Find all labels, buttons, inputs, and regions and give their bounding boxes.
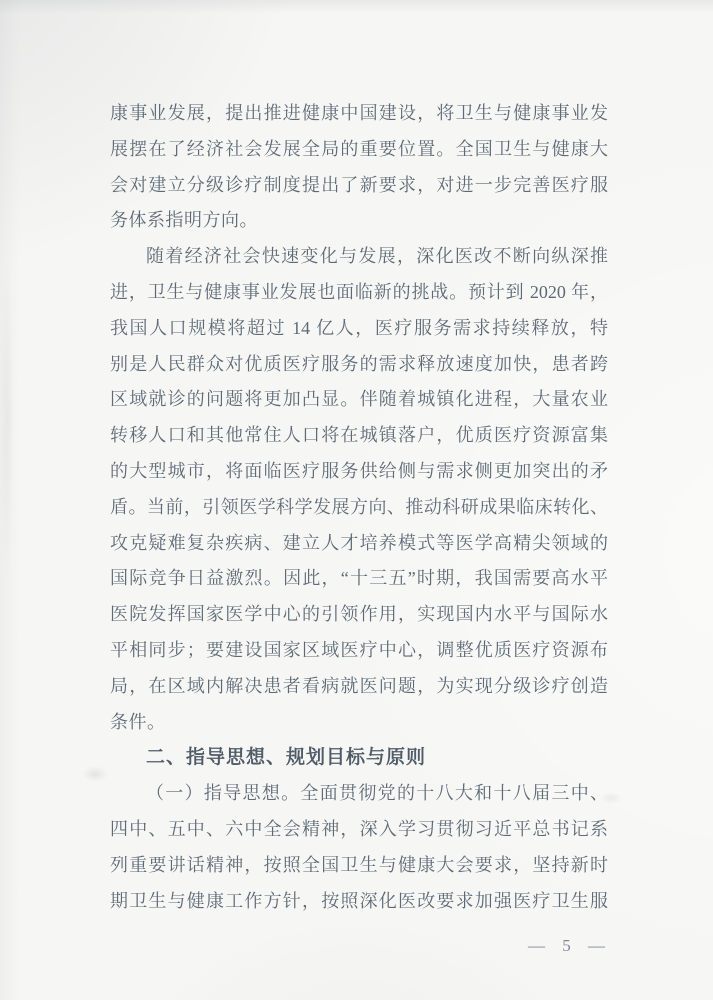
- paragraph: 康事业发展，提出推进健康中国建设，将卫生与健康事业发展摆在了经济社会发展全局的重…: [110, 96, 608, 239]
- text-line: 的大型城市，将面临医疗服务供给侧与需求侧更加突出的矛: [110, 454, 608, 490]
- text-line: 平相同步；要建设国家区域医疗中心，调整优质医疗资源布: [110, 633, 608, 669]
- text-line: 随着经济社会快速变化与发展，深化医改不断向纵深推: [110, 239, 608, 275]
- text-line: （一）指导思想。全面贯彻党的十八大和十八届三中、: [110, 776, 608, 812]
- text-line: 康事业发展，提出推进健康中国建设，将卫生与健康事业发: [110, 96, 608, 132]
- paragraph: 随着经济社会快速变化与发展，深化医改不断向纵深推进，卫生与健康事业发展也面临新的…: [110, 239, 608, 740]
- text-line: 局，在区域内解决患者看病就医问题，为实现分级诊疗创造: [110, 669, 608, 705]
- paragraph: （一）指导思想。全面贯彻党的十八大和十八届三中、四中、五中、六中全会精神，深入学…: [110, 776, 608, 919]
- text-line: 务体系指明方向。: [110, 203, 608, 239]
- text-line: 盾。当前，引领医学科学发展方向、推动科研成果临床转化、: [110, 490, 608, 526]
- section-heading: 二、指导思想、规划目标与原则: [110, 740, 608, 776]
- scan-smudge: [0, 260, 14, 580]
- text-line: 展摆在了经济社会发展全局的重要位置。全国卫生与健康大: [110, 132, 608, 168]
- text-line: 区域就诊的问题将更加凸显。伴随着城镇化进程，大量农业: [110, 382, 608, 418]
- text-line: 别是人民群众对优质医疗服务的需求释放速度加快，患者跨: [110, 347, 608, 383]
- scanned-page: 康事业发展，提出推进健康中国建设，将卫生与健康事业发展摆在了经济社会发展全局的重…: [0, 0, 713, 1000]
- text-line: 列重要讲话精神，按照全国卫生与健康大会要求，坚持新时: [110, 848, 608, 884]
- text-line: 条件。: [110, 705, 608, 741]
- text-line: 进，卫生与健康事业发展也面临新的挑战。预计到 2020 年，: [110, 275, 608, 311]
- text-line: 我国人口规模将超过 14 亿人，医疗服务需求持续释放，特: [110, 311, 608, 347]
- text-line: 期卫生与健康工作方针，按照深化医改要求加强医疗卫生服: [110, 884, 608, 920]
- scan-smudge: [82, 766, 108, 782]
- text-line: 医院发挥国家医学中心的引领作用，实现国内水平与国际水: [110, 597, 608, 633]
- text-line: 转移人口和其他常住人口将在城镇落户，优质医疗资源富集: [110, 418, 608, 454]
- text-line: 会对建立分级诊疗制度提出了新要求，对进一步完善医疗服: [110, 168, 608, 204]
- document-body: 康事业发展，提出推进健康中国建设，将卫生与健康事业发展摆在了经济社会发展全局的重…: [110, 96, 608, 919]
- text-line: 四中、五中、六中全会精神，深入学习贯彻习近平总书记系: [110, 812, 608, 848]
- heading-text: 二、指导思想、规划目标与原则: [110, 740, 608, 776]
- text-line: 攻克疑难复杂疾病、建立人才培养模式等医学高精尖领域的: [110, 526, 608, 562]
- text-line: 国际竞争日益激烈。因此，“十三五”时期，我国需要高水平: [110, 561, 608, 597]
- page-number: — 5 —: [528, 936, 608, 956]
